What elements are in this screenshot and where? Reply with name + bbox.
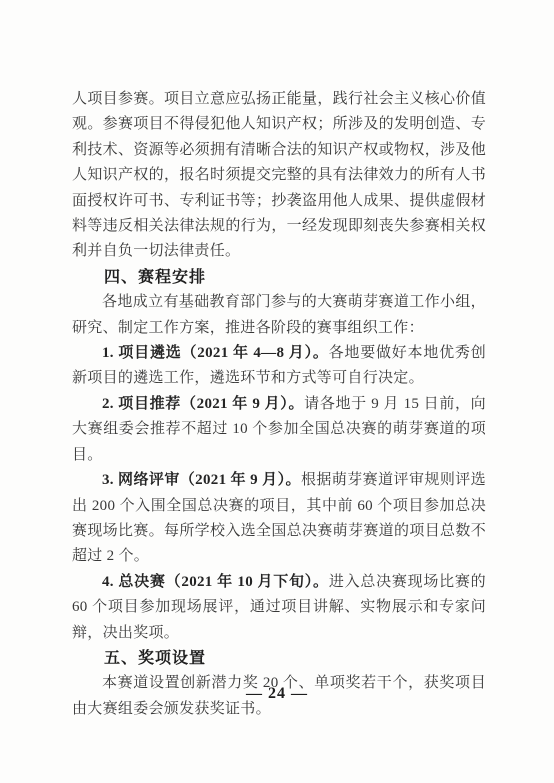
- schedule-item-4: 4. 总决赛（2021 年 10 月下旬）。进入总决赛现场比赛的 60 个项目参…: [72, 570, 486, 646]
- document-page: 人项目参赛。项目立意应弘扬正能量，践行社会主义核心价值观。参赛项目不得侵犯他人知…: [0, 0, 554, 783]
- schedule-item-1-lead: 1. 项目遴选（2021 年 4—8 月）。: [102, 345, 329, 361]
- page-number: — 24 —: [0, 685, 554, 703]
- schedule-item-2: 2. 项目推荐（2021 年 9 月）。请各地于 9 月 15 日前，向大赛组委…: [72, 392, 486, 468]
- schedule-item-3-lead: 3. 网络评审（2021 年 9 月）。: [102, 472, 301, 488]
- section-heading-schedule: 四、赛程安排: [72, 265, 486, 290]
- schedule-item-1: 1. 项目遴选（2021 年 4—8 月）。各地要做好本地优秀创新项目的遴选工作…: [72, 341, 486, 392]
- document-body: 人项目参赛。项目立意应弘扬正能量，践行社会主义核心价值观。参赛项目不得侵犯他人知…: [72, 87, 486, 722]
- schedule-item-2-lead: 2. 项目推荐（2021 年 9 月）。: [102, 396, 304, 412]
- schedule-intro-paragraph: 各地成立有基础教育部门参与的大赛萌芽赛道工作小组，研究、制定工作方案，推进各阶段…: [72, 290, 486, 341]
- paragraph-continuation: 人项目参赛。项目立意应弘扬正能量，践行社会主义核心价值观。参赛项目不得侵犯他人知…: [72, 87, 486, 265]
- schedule-item-4-lead: 4. 总决赛（2021 年 10 月下旬）。: [102, 574, 329, 590]
- section-heading-awards: 五、奖项设置: [72, 646, 486, 671]
- schedule-item-3: 3. 网络评审（2021 年 9 月）。根据萌芽赛道评审规则评选出 200 个入…: [72, 468, 486, 570]
